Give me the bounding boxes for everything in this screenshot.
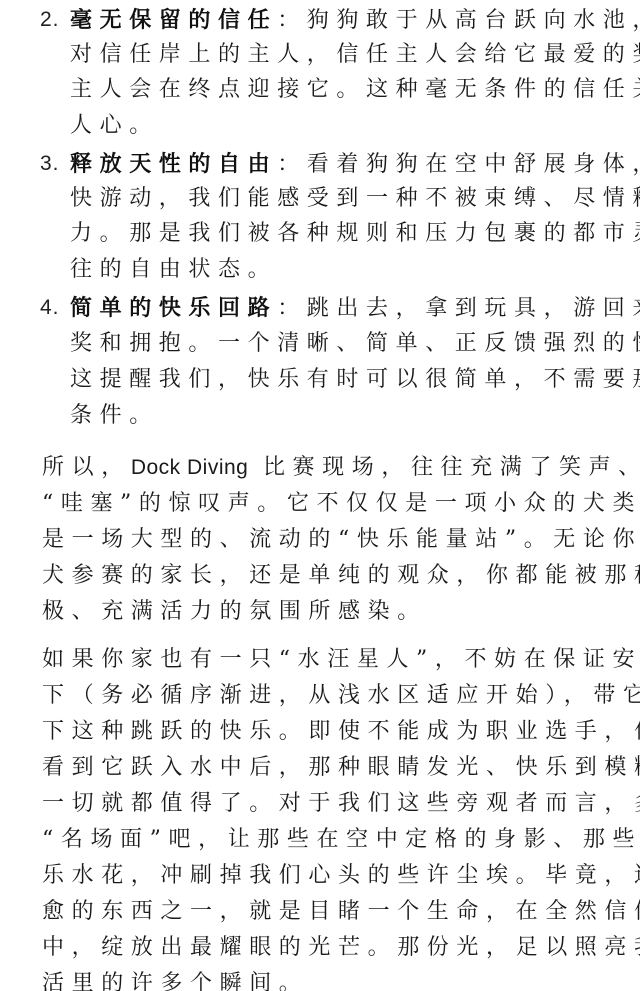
- paragraph-line: 看到它跃入水中后，那种眼睛发光、快乐到模糊的样子，: [42, 753, 640, 783]
- paragraph-line: 犬参赛的家长，还是单纯的观众，你都能被那种纯粹、积: [42, 561, 640, 591]
- paragraph-line: 所以，Dock Diving 比赛现场，往往充满了笑声、欢呼声和: [42, 453, 640, 483]
- list-line: 奖和拥抱。一个清晰、简单、正反馈强烈的快乐循环。: [70, 329, 640, 359]
- latin-term: Dock Diving: [131, 456, 249, 479]
- list-item-title: 毫无保留的信任: [70, 7, 277, 33]
- paragraph-line: 下（务必循序渐进，从浅水区适应开始），带它去体验一: [42, 681, 640, 711]
- paragraph-line: 一切就都值得了。对于我们这些旁观者而言，多看看这些: [42, 789, 640, 819]
- text-segment: 所以，: [42, 455, 131, 480]
- list-number: 4.: [40, 293, 60, 323]
- list-number: 2.: [40, 5, 60, 35]
- list-item-title: 释放天性的自由: [70, 151, 277, 177]
- list-number: 3.: [40, 149, 60, 179]
- list-line: 快游动，我们能感受到一种不被束缚、尽情释放的生命: [70, 184, 640, 214]
- list-line: 力。那是我们被各种规则和压力包裹的都市灵魂，所向: [70, 219, 640, 249]
- paragraph-line: 愈的东西之一，就是目睹一个生命，在全然信任与热爱: [42, 897, 640, 927]
- paragraph-line: 下这种跳跃的快乐。即使不能成为职业选手，仅仅是为了: [42, 717, 640, 747]
- list-item-text: ：看着狗狗在空中舒展身体，在水中畅: [277, 152, 640, 177]
- list-line: 简单的快乐回路：跳出去，拿到玩具，游回来，获得夸: [70, 293, 640, 323]
- article-page: 2. 毫无保留的信任：狗狗敢于从高台跃向水池，因为它绝 对信任岸上的主人，信任主…: [0, 0, 640, 991]
- list-item-title: 简单的快乐回路: [70, 295, 277, 321]
- text-segment: 比赛现场，往往充满了笑声、欢呼声和: [248, 455, 640, 480]
- list-item-text: ：狗狗敢于从高台跃向水池，因为它绝: [277, 8, 640, 33]
- list-line: 毫无保留的信任：狗狗敢于从高台跃向水池，因为它绝: [70, 5, 640, 35]
- paragraph-line: “名场面”吧，让那些在空中定格的身影、那些溅起的快: [42, 825, 640, 855]
- list-line: 对信任岸上的主人，信任主人会给它最爱的奖励，信任: [70, 40, 640, 70]
- list-item-text: ：跳出去，拿到玩具，游回来，获得夸: [277, 296, 640, 321]
- list-line: 释放天性的自由：看着狗狗在空中舒展身体，在水中畅: [70, 149, 640, 179]
- paragraph-line: 活里的许多个瞬间。: [42, 969, 308, 991]
- list-line: 主人会在终点迎接它。这种毫无条件的信任关系，直击: [70, 75, 640, 105]
- list-line: 人心。: [70, 111, 159, 141]
- list-line: 条件。: [70, 401, 159, 431]
- paragraph-line: 中，绽放出最耀眼的光芒。那份光，足以照亮我们平凡生: [42, 933, 640, 963]
- list-line: 这提醒我们，快乐有时可以很简单，不需要那么多附加: [70, 365, 640, 395]
- paragraph-line: 如果你家也有一只“水汪星人”，不妨在保证安全的前提: [42, 645, 640, 675]
- paragraph-line: “哇塞”的惊叹声。它不仅仅是一项小众的犬类运动，更: [42, 489, 640, 519]
- paragraph-line: 是一场大型的、流动的“快乐能量站”。无论你是带着爱: [42, 525, 640, 555]
- paragraph-line: 极、充满活力的氛围所感染。: [42, 597, 427, 627]
- paragraph-line: 乐水花，冲刷掉我们心头的些许尘埃。毕竟，这世上最治: [42, 861, 640, 891]
- list-line: 往的自由状态。: [70, 255, 277, 285]
